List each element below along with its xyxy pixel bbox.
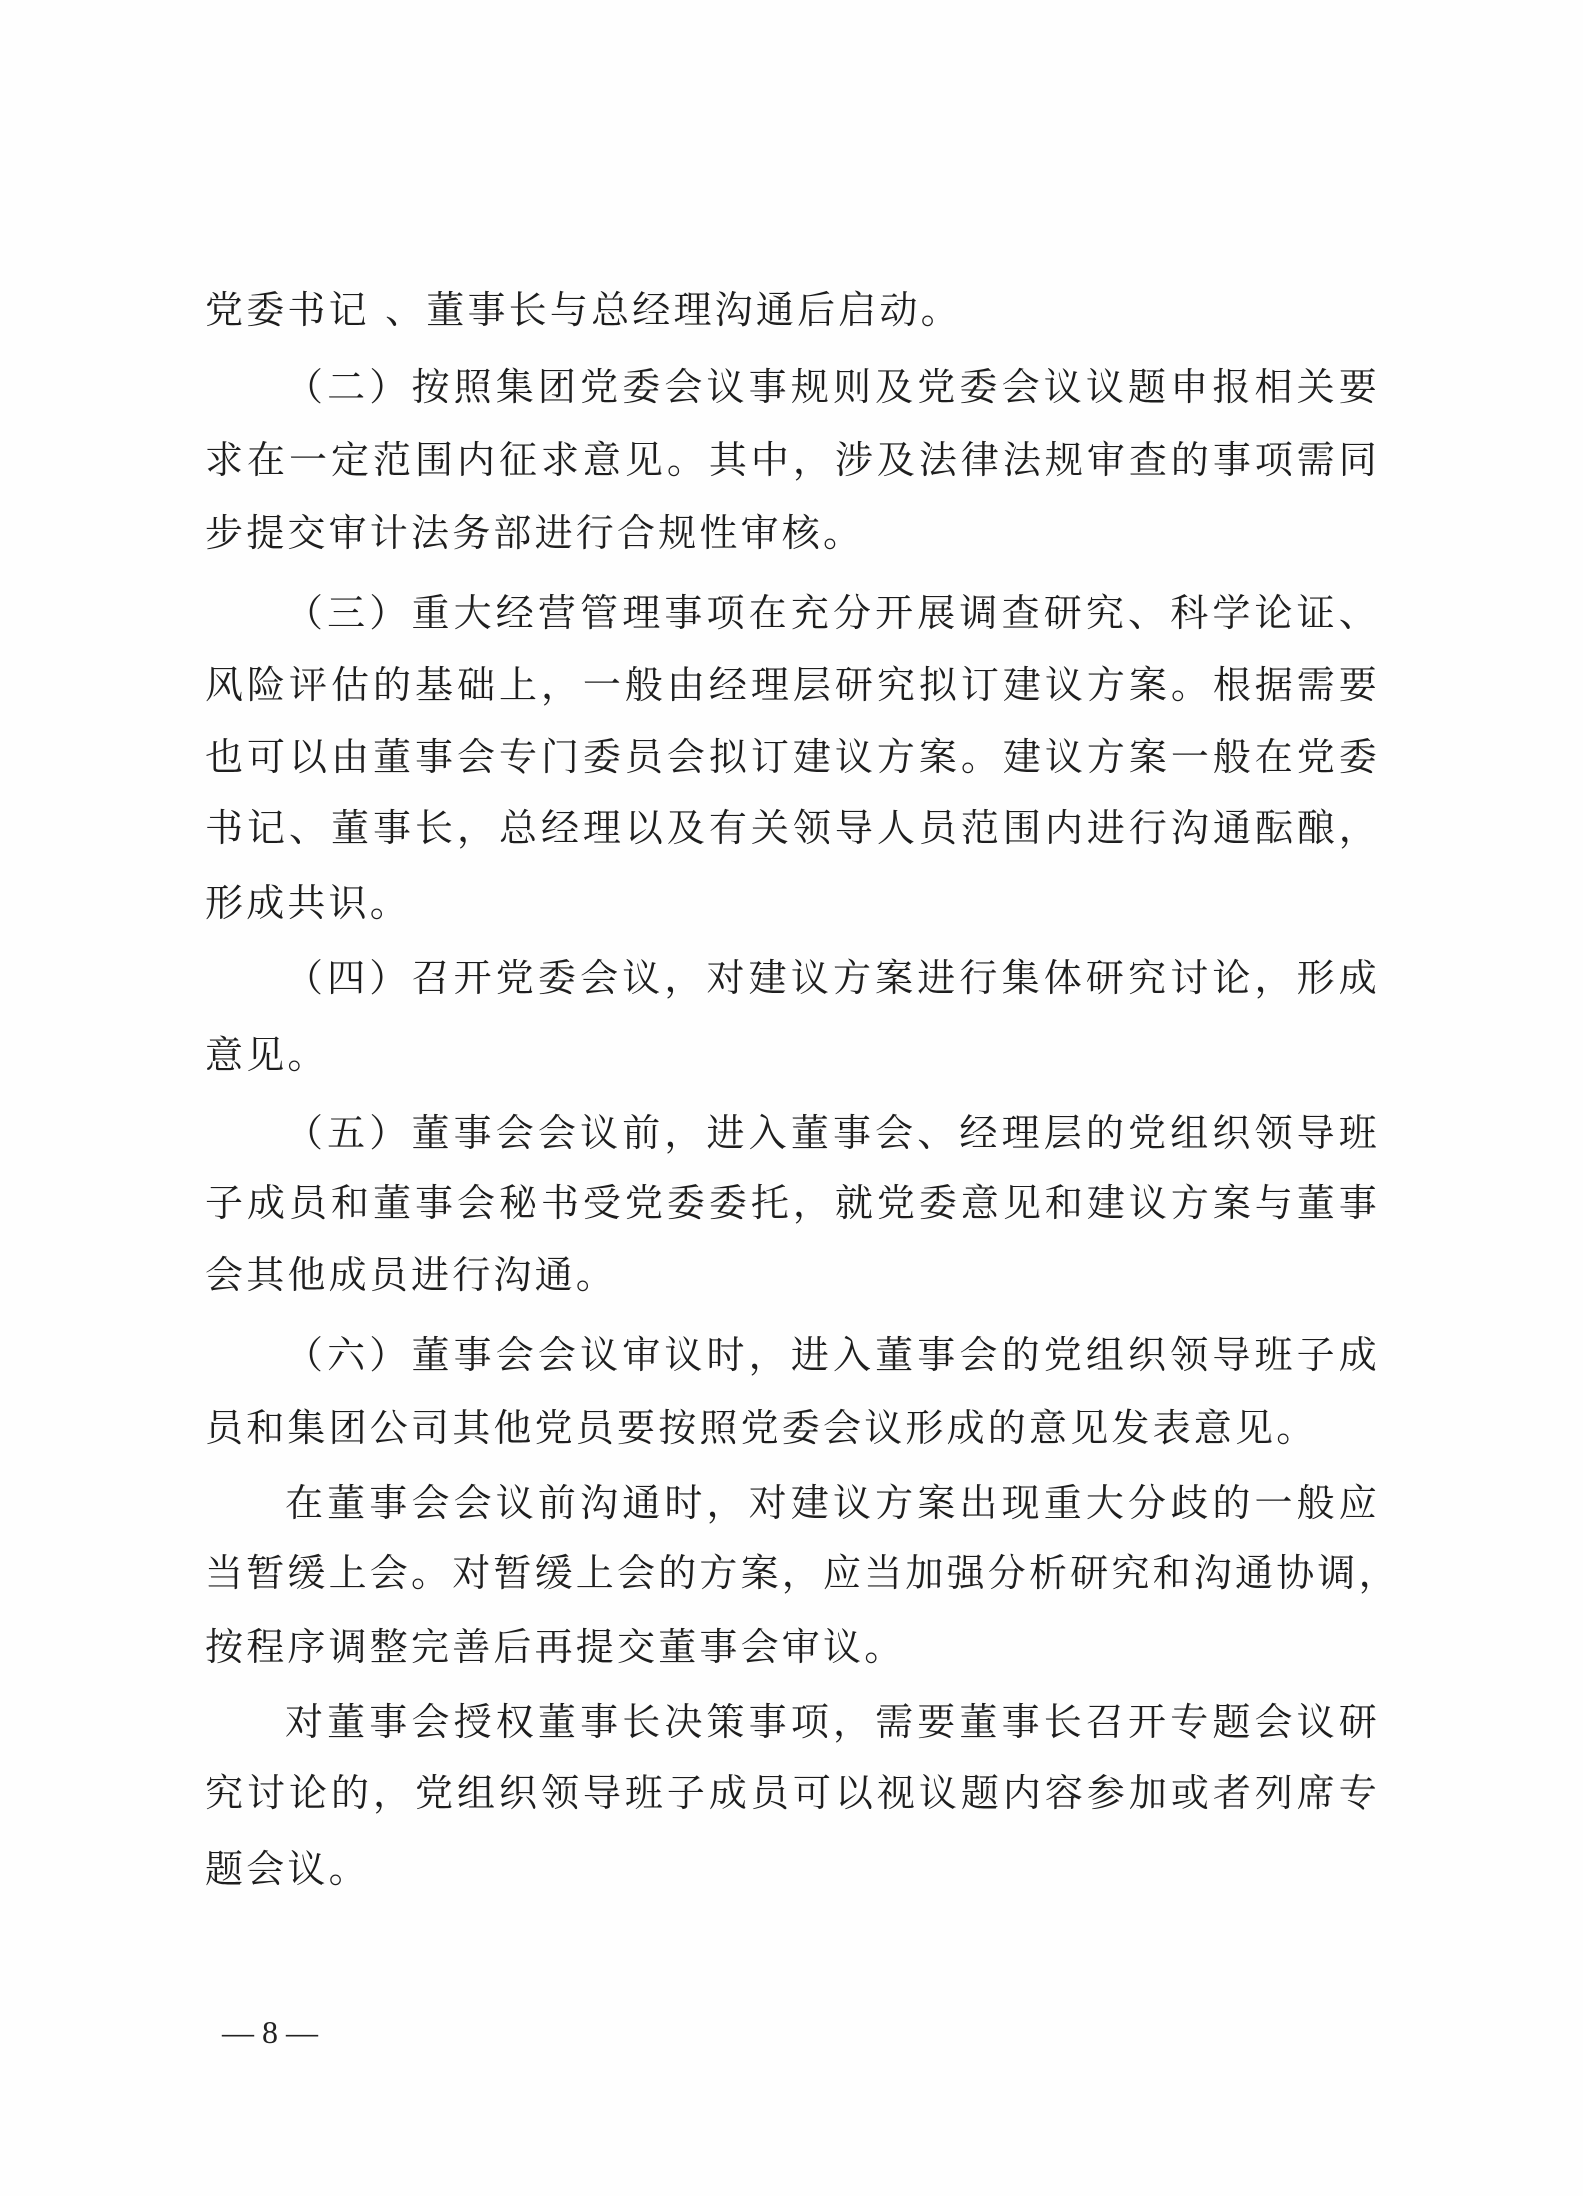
paragraph-item-2-line: （二）按照集团党委会议事规则及党委会议议题申报相关要 [285, 364, 1380, 410]
paragraph-item-3-line: （三）重大经营管理事项在充分开展调查研究、科学论证、 [285, 590, 1380, 636]
text-line: 意见。 [205, 1032, 1380, 1078]
text-line: 步提交审计法务部进行合规性审核。 [205, 510, 1380, 556]
page-number: — 8 — [222, 2014, 318, 2050]
text-line: 形成共识。 [205, 880, 1380, 926]
text-line: 子成员和董事会秘书受党委委托，就党委意见和建议方案与董事 [205, 1180, 1380, 1226]
text-line: 风险评估的基础上，一般由经理层研究拟订建议方案。根据需要 [205, 662, 1380, 708]
paragraph-item-6-line: （六）董事会会议审议时，进入董事会的党组织领导班子成 [285, 1332, 1380, 1378]
paragraph-line: 对董事会授权董事长决策事项，需要董事长召开专题会议研 [285, 1699, 1380, 1745]
text-line: 会其他成员进行沟通。 [205, 1252, 1380, 1298]
document-page: 党委书记 、董事长与总经理沟通后启动。 （二）按照集团党委会议事规则及党委会议议… [0, 0, 1583, 2196]
text-line: 党委书记 、董事长与总经理沟通后启动。 [205, 287, 1380, 333]
text-line: 求在一定范围内征求意见。其中，涉及法律法规审查的事项需同 [205, 437, 1380, 483]
text-line: 当暂缓上会。对暂缓上会的方案，应当加强分析研究和沟通协调， [205, 1550, 1380, 1596]
text-line: 按程序调整完善后再提交董事会审议。 [205, 1624, 1380, 1670]
paragraph-item-5-line: （五）董事会会议前，进入董事会、经理层的党组织领导班 [285, 1110, 1380, 1156]
paragraph-line: 在董事会会议前沟通时，对建议方案出现重大分歧的一般应 [285, 1480, 1380, 1526]
text-line: 题会议。 [205, 1846, 1380, 1892]
text-line: 员和集团公司其他党员要按照党委会议形成的意见发表意见。 [205, 1405, 1380, 1451]
text-line: 也可以由董事会专门委员会拟订建议方案。建议方案一般在党委 [205, 734, 1380, 780]
text-line: 书记、董事长，总经理以及有关领导人员范围内进行沟通酝酿， [205, 805, 1380, 851]
paragraph-item-4-line: （四）召开党委会议，对建议方案进行集体研究讨论，形成 [285, 955, 1380, 1001]
text-line: 究讨论的，党组织领导班子成员可以视议题内容参加或者列席专 [205, 1770, 1380, 1816]
